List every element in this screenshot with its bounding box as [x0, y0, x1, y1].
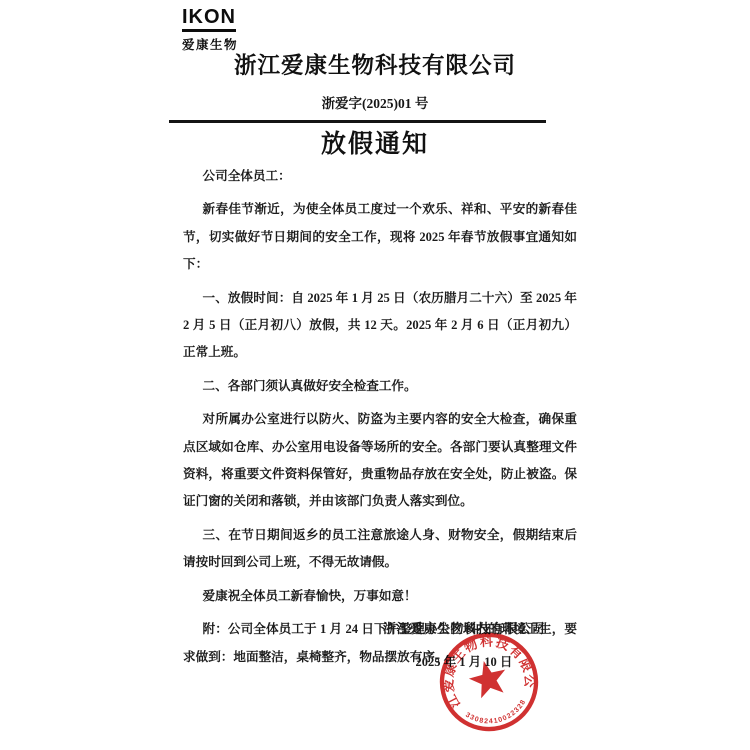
- paragraph-item-2-safety-check: 二、各部门须认真做好安全检查工作。: [183, 373, 577, 400]
- paragraph-item-3-travel-safety: 三、在节日期间返乡的员工注意旅途人身、财物安全，假期结束后请按时回到公司上班，不…: [183, 522, 577, 577]
- logo-wordmark: IKON: [182, 7, 236, 32]
- paragraph-item-2-details: 对所属办公室进行以防火、防盗为主要内容的安全大检查，确保重点区域如仓库、办公室用…: [183, 406, 577, 516]
- paragraph-new-year-wish: 爱康祝全体员工新春愉快，万事如意！: [183, 583, 577, 610]
- paragraph-intro: 新春佳节渐近，为使全体员工度过一个欢乐、祥和、平安的新春佳节，切实做好节日期间的…: [183, 196, 577, 278]
- document-page: IKON 爱康生物 浙江爱康生物科技有限公司 浙爱字(2025)01 号 放假通…: [0, 0, 750, 750]
- seal-star-icon: [466, 656, 511, 699]
- paragraph-item-1-holiday-dates: 一、放假时间：自 2025 年 1 月 25 日（农历腊月二十六）至 2025 …: [183, 285, 577, 367]
- company-logo: IKON 爱康生物: [182, 7, 238, 53]
- header-divider-rule: [169, 120, 546, 123]
- notice-title: 放假通知: [0, 124, 750, 160]
- salutation: 公司全体员工：: [183, 163, 577, 190]
- company-title: 浙江爱康生物科技有限公司: [0, 48, 750, 80]
- document-number: 浙爱字(2025)01 号: [0, 92, 750, 112]
- notice-body: 公司全体员工： 新春佳节渐近，为使全体员工度过一个欢乐、祥和、平安的新春佳节，切…: [183, 163, 577, 677]
